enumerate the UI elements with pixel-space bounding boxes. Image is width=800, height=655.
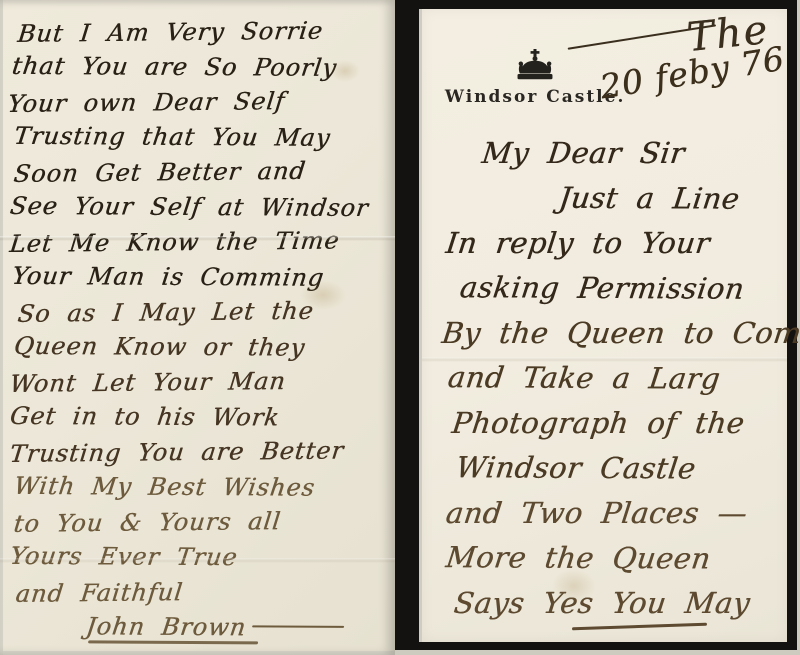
signature-line: John Brown <box>0 609 397 646</box>
handwritten-line: Photograph of the <box>431 401 786 446</box>
handwritten-line: that You are So Poorly <box>0 49 397 86</box>
letter-page-left: But I Am Very Sorrie that You are So Poo… <box>0 0 395 655</box>
crown-icon <box>513 49 557 83</box>
handwritten-line: But I Am Very Sorrie <box>0 13 397 52</box>
handwritten-line: By the Queen to Come <box>431 311 786 356</box>
handwritten-line: Windsor Castle <box>431 445 786 492</box>
handwritten-line: With My Best Wishes <box>0 469 397 506</box>
handwritten-line: See Your Self at Windsor <box>0 189 397 226</box>
handwritten-line: So as I May Let the <box>0 293 397 332</box>
handwritten-line: Wont Let Your Man <box>0 363 397 402</box>
handwritten-line: to You & Yours all <box>0 503 397 542</box>
handwritten-line: Your Man is Comming <box>0 259 397 296</box>
handwritten-line: Yours Ever True <box>0 539 397 576</box>
signature-underline <box>88 640 258 644</box>
signature-flourish <box>252 625 344 628</box>
mourning-bordered-paper: Windsor Castle. The 20 feby 76 My Dear S… <box>422 9 787 642</box>
letterhead-windsor-castle: Windsor Castle. <box>445 87 625 107</box>
handwritten-line: Just a Line <box>431 175 786 222</box>
handwritten-line: More the Queen <box>431 535 786 582</box>
handwritten-line: Queen Know or they <box>0 329 397 366</box>
handwritten-line: asking Permission <box>431 265 786 312</box>
handwritten-line: My Dear Sir <box>431 131 786 176</box>
letter-card-right: Windsor Castle. The 20 feby 76 My Dear S… <box>395 0 800 655</box>
handwritten-line: and Two Places — <box>431 491 786 536</box>
handwritten-line: In reply to Your <box>431 221 786 266</box>
handwritten-line: and Faithful <box>0 573 397 612</box>
handwritten-line: Trusting that You May <box>0 119 397 156</box>
handwritten-line: Soon Get Better and <box>0 153 397 192</box>
handwritten-line: Trusting You are Better <box>0 433 397 472</box>
signature-john-brown: John Brown <box>84 612 248 641</box>
handwritten-line: Your own Dear Self <box>0 83 397 122</box>
handwritten-line: Says Yes You May <box>431 581 786 626</box>
letter-body: My Dear Sir Just a Line In reply to Your… <box>434 131 783 626</box>
handwritten-line: and Take a Larg <box>431 355 786 402</box>
handwritten-line: Get in to his Work <box>0 399 397 436</box>
handwritten-line: Let Me Know the Time <box>0 223 397 262</box>
